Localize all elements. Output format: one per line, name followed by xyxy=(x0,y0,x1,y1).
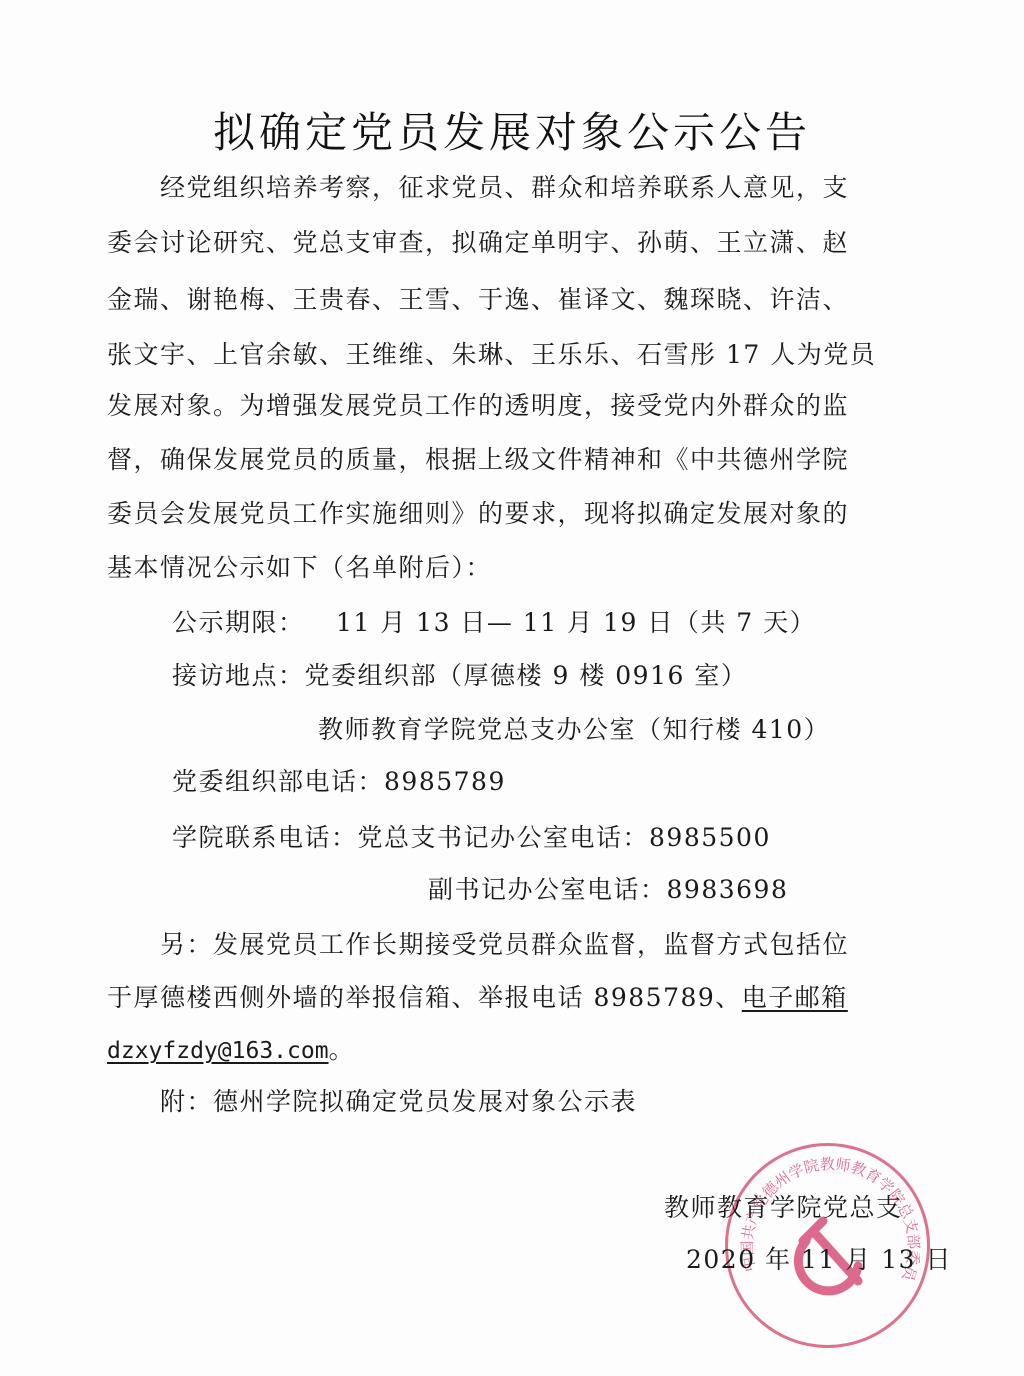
period-label: 公示期限： xyxy=(172,608,305,637)
period-row: 公示期限： 11 月 13 日— 11 月 19 日（共 7 天） xyxy=(172,603,816,639)
college-phone-label: 学院联系电话： xyxy=(172,823,358,852)
note-line-2: 于厚德楼西侧外墙的举报信箱、举报电话 8985789、电子邮箱 xyxy=(107,978,848,1014)
location-row: 接访地点：党委组织部（厚德楼 9 楼 0916 室） xyxy=(172,656,747,692)
org-phone-row: 党委组织部电话：8985789 xyxy=(172,762,506,798)
deputy-phone-row: 副书记办公室电话：8983698 xyxy=(428,870,788,906)
body-line-3: 金瑞、谢艳梅、王贵春、王雪、于逸、崔译文、魏琛晓、许洁、 xyxy=(107,280,849,316)
note-line-1: 另：发展党员工作长期接受党员群众监督，监督方式包括位 xyxy=(160,925,849,961)
location-value-2: 教师教育学院党总支办公室（知行楼 410） xyxy=(318,710,830,746)
note-line-2-text: 于厚德楼西侧外墙的举报信箱、举报电话 8985789、 xyxy=(107,983,742,1012)
location-label: 接访地点： xyxy=(172,661,305,690)
deputy-phone-label: 副书记办公室电话： xyxy=(428,875,667,904)
location-value-1: 党委组织部（厚德楼 9 楼 0916 室） xyxy=(305,661,748,690)
signature-org: 教师教育学院党总支 xyxy=(664,1188,903,1224)
body-line-6: 督，确保发展党员的质量，根据上级文件精神和《中共德州学院 xyxy=(107,440,849,476)
document-title: 拟确定党员发展对象公示公告 xyxy=(0,100,1024,160)
email-suffix: 。 xyxy=(329,1035,356,1064)
org-phone-label: 党委组织部电话： xyxy=(172,767,384,796)
body-line-8: 基本情况公示如下（名单附后）： xyxy=(107,548,492,584)
org-phone-value: 8985789 xyxy=(384,767,506,796)
secretary-phone-label: 党总支书记办公室电话： xyxy=(358,823,650,852)
period-value: 11 月 13 日— 11 月 19 日（共 7 天） xyxy=(336,608,816,637)
signature-date: 2020 年 11 月 13 日 xyxy=(686,1240,952,1276)
note-line-3: dzxyfzdy@163.com。 xyxy=(107,1030,355,1066)
body-line-1: 经党组织培养考察，征求党员、群众和培养联系人意见，支 xyxy=(160,168,849,204)
body-line-7: 委员会发展党员工作实施细则》的要求，现将拟确定发展对象的 xyxy=(107,494,849,530)
secretary-phone-value: 8985500 xyxy=(649,823,771,852)
body-line-2: 委会讨论研究、党总支审查，拟确定单明宇、孙萌、王立潇、赵 xyxy=(107,223,849,259)
email-link[interactable]: dzxyfzdy@163.com xyxy=(107,1038,329,1064)
college-phone-row: 学院联系电话：党总支书记办公室电话：8985500 xyxy=(172,818,771,854)
email-label-link[interactable]: 电子邮箱 xyxy=(742,983,848,1012)
body-line-4: 张文宇、上官余敏、王维维、朱琳、王乐乐、石雪彤 17 人为党员 xyxy=(107,335,876,371)
body-line-5: 发展对象。为增强发展党员工作的透明度，接受党内外群众的监 xyxy=(107,386,849,422)
deputy-phone-value: 8983698 xyxy=(667,875,789,904)
attachment-note: 附：德州学院拟确定党员发展对象公示表 xyxy=(160,1082,637,1118)
